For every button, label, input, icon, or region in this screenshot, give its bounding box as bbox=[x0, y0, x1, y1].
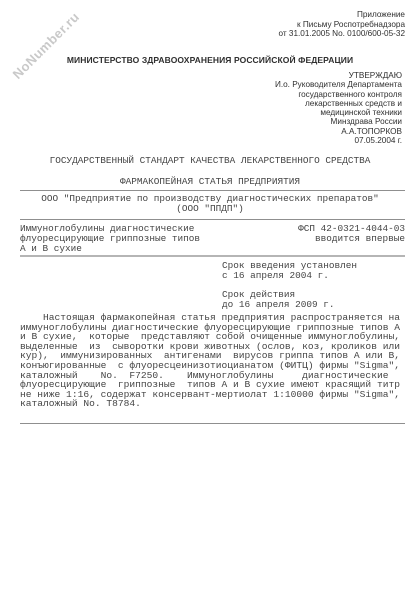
annex-reference-block: Приложениек Письму Роспотребнадзораот 31… bbox=[279, 10, 405, 39]
divider-line bbox=[20, 190, 405, 191]
standard-title: ГОСУДАРСТВЕННЫЙ СТАНДАРТ КАЧЕСТВА ЛЕКАРС… bbox=[0, 155, 420, 166]
fsp-code: ФСП 42-0321-4044-03вводится впервые bbox=[298, 224, 405, 254]
divider-line-thick bbox=[20, 255, 405, 257]
watermark-text: NoNumber.ru bbox=[0, 0, 94, 93]
ministry-title: МИНИСТЕРСТВО ЗДРАВООХРАНЕНИЯ РОССИЙСКОЙ … bbox=[0, 55, 420, 65]
validity-period-block: Срок введения установленс 16 апреля 2004… bbox=[222, 261, 357, 310]
drug-name: Иммуноглобулины диагностическиефлуоресци… bbox=[20, 224, 200, 254]
article-body-paragraph: Настоящая фармакопейная статья предприят… bbox=[20, 313, 410, 409]
divider-line bbox=[20, 219, 405, 220]
divider-line bbox=[20, 423, 405, 424]
approval-block: УТВЕРЖДАЮИ.о. Руководителя Департаментаг… bbox=[275, 71, 402, 145]
pharmacopoeia-article-title: ФАРМАКОПЕЙНАЯ СТАТЬЯ ПРЕДПРИЯТИЯ bbox=[0, 176, 420, 187]
company-name-block: ООО "Предприятие по производству диагнос… bbox=[0, 194, 420, 214]
document-page: NoNumber.ru Приложениек Письму Роспотреб… bbox=[0, 0, 420, 600]
drug-header-block: Иммуноглобулины диагностическиефлуоресци… bbox=[20, 224, 405, 254]
